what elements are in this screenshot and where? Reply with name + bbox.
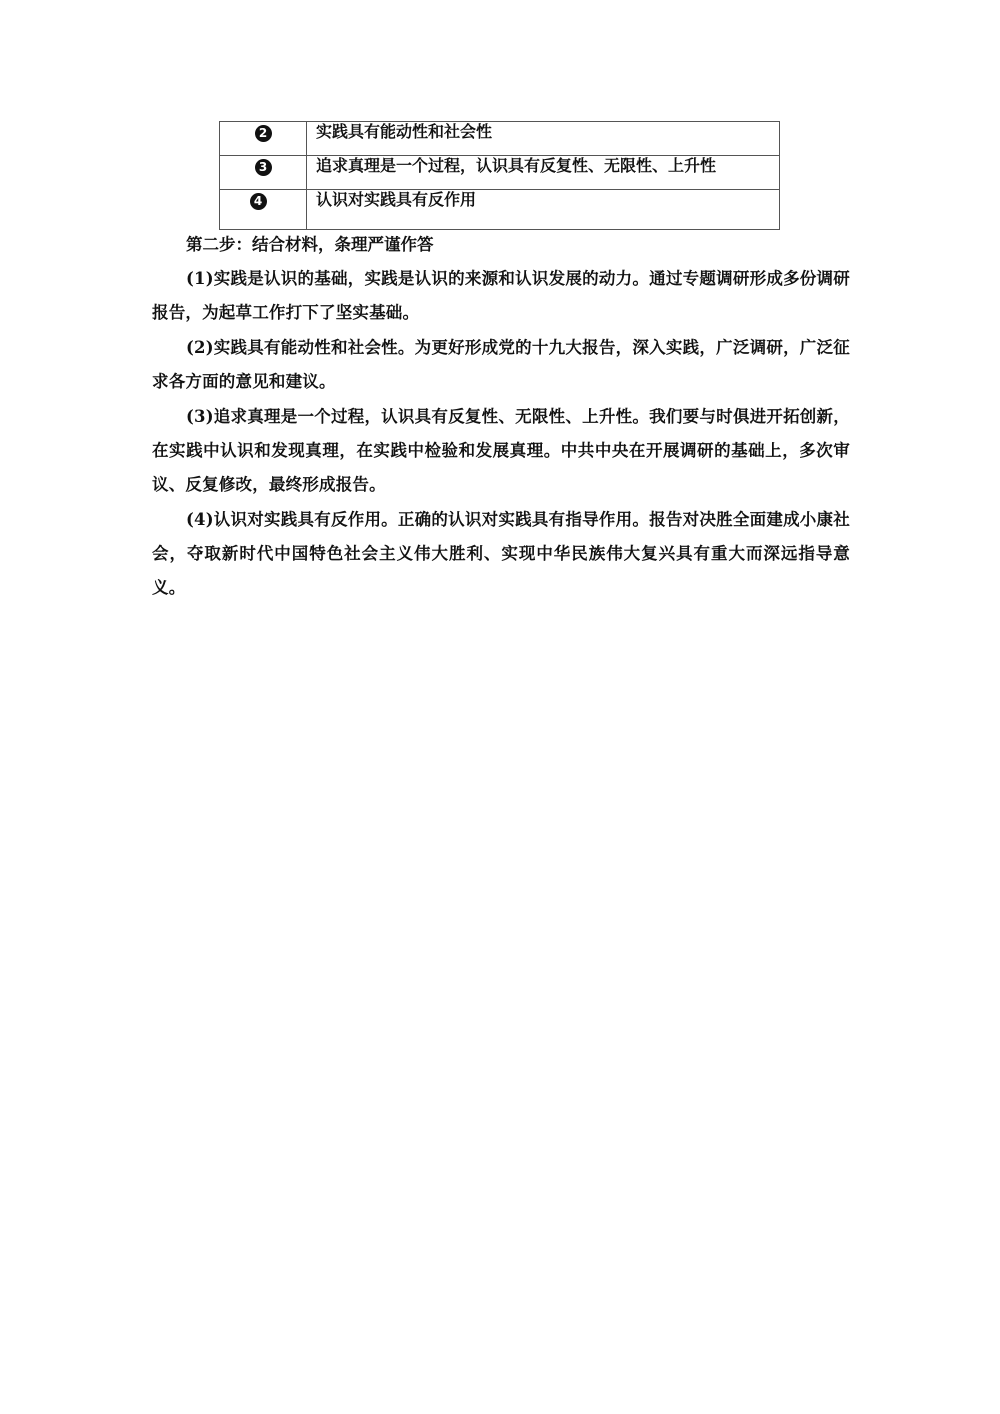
answer-paragraph-4: (4)认识对实践具有反作用。正确的认识对实践具有指导作用。报告对决胜全面建成小康… (152, 503, 850, 605)
table-cell-marker: 4 (220, 190, 307, 230)
paragraph-text: (4)认识对实践具有反作用。正确的认识对实践具有指导作用。报告对决胜全面建成小康… (152, 503, 850, 605)
answer-paragraph-1: (1)实践是认识的基础，实践是认识的来源和认识发展的动力。通过专题调研形成多份调… (152, 262, 850, 330)
document-page: 2 实践具有能动性和社会性 3 追求真理是一个过程，认识具有反复性、无限性、上升… (0, 0, 1000, 1414)
paragraph-text: (2)实践具有能动性和社会性。为更好形成党的十九大报告，深入实践，广泛调研，广泛… (152, 331, 850, 399)
table-cell-marker: 3 (220, 156, 307, 190)
circled-number-icon: 2 (255, 125, 272, 142)
table-row: 3 追求真理是一个过程，认识具有反复性、无限性、上升性 (220, 156, 780, 190)
summary-table: 2 实践具有能动性和社会性 3 追求真理是一个过程，认识具有反复性、无限性、上升… (219, 121, 780, 230)
answer-paragraph-3: (3)追求真理是一个过程，认识具有反复性、无限性、上升性。我们要与时俱进开拓创新… (152, 400, 850, 502)
table-row: 4 认识对实践具有反作用 (220, 190, 780, 230)
table-cell-text: 实践具有能动性和社会性 (307, 122, 780, 156)
paragraph-text: (1)实践是认识的基础，实践是认识的来源和认识发展的动力。通过专题调研形成多份调… (152, 262, 850, 330)
paragraph-text: (3)追求真理是一个过程，认识具有反复性、无限性、上升性。我们要与时俱进开拓创新… (152, 400, 850, 502)
answer-paragraph-2: (2)实践具有能动性和社会性。为更好形成党的十九大报告，深入实践，广泛调研，广泛… (152, 331, 850, 399)
table-cell-text: 认识对实践具有反作用 (307, 190, 780, 230)
circled-number-icon: 3 (255, 159, 272, 176)
table-cell-text: 追求真理是一个过程，认识具有反复性、无限性、上升性 (307, 156, 780, 190)
circled-number-icon: 4 (250, 193, 267, 210)
table-cell-marker: 2 (220, 122, 307, 156)
section-heading: 第二步：结合材料，条理严谨作答 (186, 232, 434, 258)
table-row: 2 实践具有能动性和社会性 (220, 122, 780, 156)
